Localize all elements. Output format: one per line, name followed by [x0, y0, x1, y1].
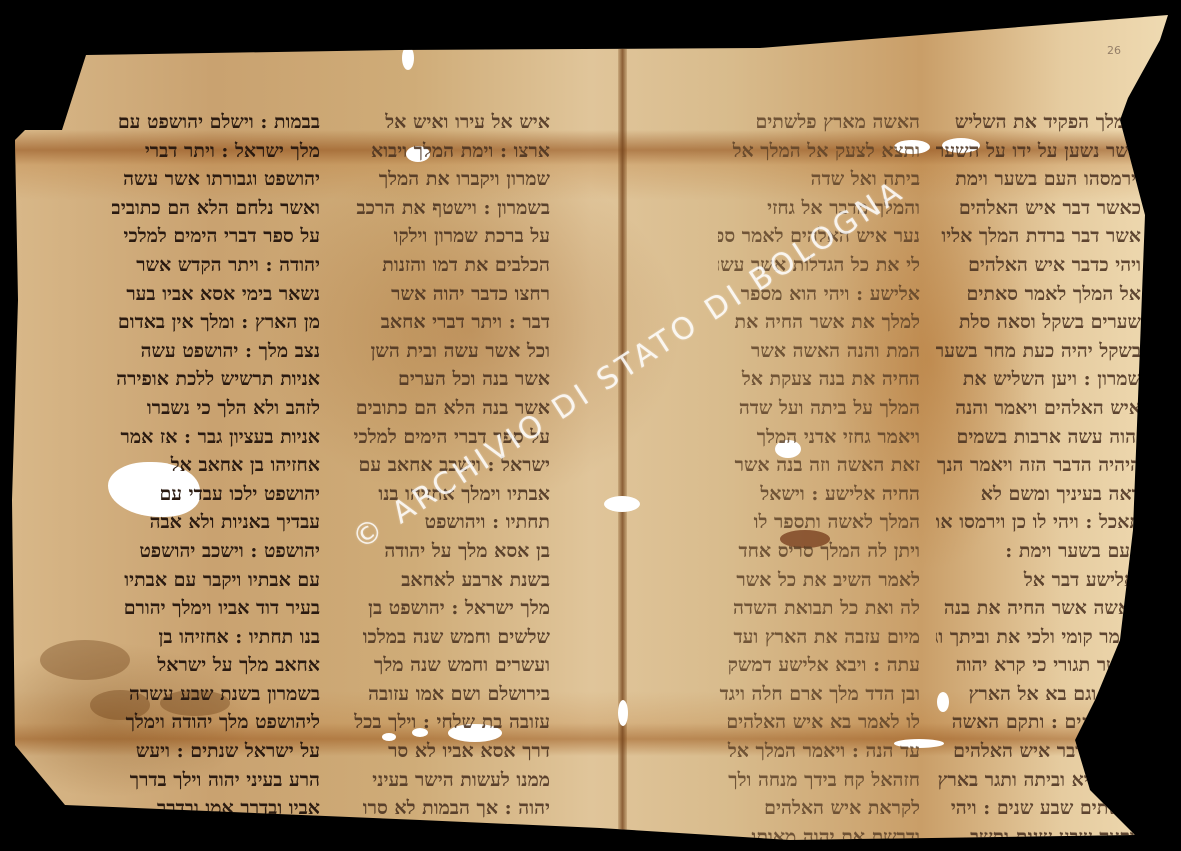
text-line: יהושפט וגבורתו אשר עשה: [112, 165, 320, 194]
text-line: יהודה : ויתר הקדש אשר: [112, 251, 320, 280]
text-line: מקצה שבע שנים ותשב: [936, 823, 1141, 851]
text-line: יהוה עשה ארבות בשמים: [936, 423, 1141, 452]
text-line: אשר דבר ברדת המלך אליו: [936, 222, 1141, 251]
text-line: המלך לאשה ותספר לו: [718, 508, 920, 537]
text-line: ויתן לה המלך סריס אחד: [718, 537, 920, 566]
text-line: וכל אשר עשה ובית השן: [348, 337, 550, 366]
text-line: שלשים וחמש שנה במלכו: [348, 623, 550, 652]
text-line: האשה מארץ פלשתים: [718, 108, 920, 137]
text-line: עד הנה : ויאמר המלך אל: [718, 737, 920, 766]
text-line: יהוה : אך הבמות לא סרו: [348, 794, 550, 823]
text-line: אשר נשען על ידו על השער: [936, 137, 1141, 166]
parchment-hole: [402, 46, 414, 70]
text-line: באשר תגורי כי קרא יהוה: [936, 651, 1141, 680]
text-line: לרעב וגם בא אל הארץ: [936, 680, 1141, 709]
text-line: דרך אסא אביו לא סר: [348, 737, 550, 766]
text-line: עתה : ויבא אלישע דמשק: [718, 651, 920, 680]
text-line: נצב מלך : יהושפט עשה: [112, 337, 320, 366]
text-line: ירבעם בן נבט אשר החטיא: [112, 823, 320, 851]
text-line: בבמות : וישלם יהושפט עם: [112, 108, 320, 137]
image-canvas: בבמות : וישלם יהושפט עם מלך ישראל : ויתר…: [0, 0, 1181, 851]
text-line: ובן הדד מלך ארם חלה ויגד: [718, 680, 920, 709]
text-line: ועשרים וחמש שנה מלך: [348, 651, 550, 680]
text-line: זאת האשה וזה בנה אשר: [718, 451, 920, 480]
parchment-hole: [604, 496, 640, 512]
text-line: בעיר דוד אביו וימלך יהורם: [112, 594, 320, 623]
parchment-hole: [618, 700, 628, 726]
text-line: הכלבים את דמו והזנות: [348, 251, 550, 280]
text-line: אביו ובדרך אמו ובדרך: [112, 794, 320, 823]
text-line: על ברכת שמרון וילקו: [348, 222, 550, 251]
text-line: תאכל : ויהי לו כן וירמסו אתו: [936, 508, 1141, 537]
text-line: המת והנה האשה אשר: [718, 337, 920, 366]
text-line: איש אל עירו ואיש אל: [348, 108, 550, 137]
text-line: אניות בעציון גבר : אז אמר: [112, 423, 320, 452]
text-line: אשר בנה וכל הערים: [348, 365, 550, 394]
text-line: כאשר דבר איש האלהים: [936, 194, 1141, 223]
text-line: חזהאל קח בידך מנחה ולך: [718, 766, 920, 795]
text-line: ויהי כדבר איש האלהים: [936, 251, 1141, 280]
text-line: לזהב ולא הלך כי נשברו: [112, 394, 320, 423]
text-line: איש האלהים ויאמר והנה: [936, 394, 1141, 423]
text-line: החיה את בנה צעקת אל: [718, 365, 920, 394]
text-line: מלך ישראל : יהושפט בן: [348, 594, 550, 623]
text-line: לאמר קומי ולכי את וביתך וגורי: [936, 623, 1141, 652]
text-line: שמרון : ויען השליש את: [936, 365, 1141, 394]
folio-number: 26: [1107, 44, 1121, 57]
text-line: הרע בעיני יהוה וילך בדרך: [112, 766, 320, 795]
text-line: לה ואת כל תבואת השדה: [718, 594, 920, 623]
text-line: ודרשת את יהוה מאותו: [718, 823, 920, 851]
margin-note: לצאת: [1140, 506, 1160, 515]
text-line: מן הארץ : ומלך אין באדום: [112, 308, 320, 337]
text-line: ותלך היא וביתה ותגר בארץ: [936, 766, 1141, 795]
text-line: פלשתים שבע שנים : ויהי: [936, 794, 1141, 823]
text-line: רחצו כדבר יהוה אשר: [348, 280, 550, 309]
text-line: עם אבתיו ויקבר עם אבתיו: [112, 566, 320, 595]
text-line: שבע שנים : ותקם האשה: [936, 708, 1141, 737]
text-line: בשמרון : וישטף את הרכב: [348, 194, 550, 223]
text-line: אניות תרשיש ללכת אופירה: [112, 365, 320, 394]
text-line: ואלישע דבר אל: [936, 566, 1141, 595]
text-line: בשמרון בשנת שבע עשרה: [112, 680, 320, 709]
text-line: לו לאמר בא איש האלהים: [718, 708, 920, 737]
text-line: בשנת ארבע לאחאב: [348, 566, 550, 595]
text-line: יהושפט : וישכב יהושפט: [112, 537, 320, 566]
text-line: עוד העם מזבחים ומקטרים: [348, 823, 550, 851]
text-line: בירושלם ושם אמו עזובה: [348, 680, 550, 709]
text-line: שמרון ויקברו את המלך: [348, 165, 550, 194]
text-line: יהושפט ילכו עבדי עם: [112, 480, 320, 509]
text-line: ותעש כדבר איש האלהים: [936, 737, 1141, 766]
text-column-1: בבמות : וישלם יהושפט עם מלך ישראל : ויתר…: [112, 108, 320, 851]
text-line: בשקל יהיה כעת מחר בשער: [936, 337, 1141, 366]
text-line: החיה אלישע : וישאל: [718, 480, 920, 509]
text-line: האשה אשר החיה את בנה: [936, 594, 1141, 623]
text-line: אחאב מלך על ישראל: [112, 651, 320, 680]
text-line: בנו תחתיו : אחזיהו בן: [112, 623, 320, 652]
text-line: מלך ישראל : ויתר דברי: [112, 137, 320, 166]
text-line: על ישראל שנתים : ויעש: [112, 737, 320, 766]
text-line: נשאר בימי אסא אביו בער: [112, 280, 320, 309]
text-line: היהיה הדבר הזה ויאמר הנך: [936, 451, 1141, 480]
text-line: וירמסהו העם בשער וימת: [936, 165, 1141, 194]
text-line: ארצו : וימת המלך ויבוא: [348, 137, 550, 166]
text-line: דבר : ויתר דברי אחאב: [348, 308, 550, 337]
text-line: המלך על ביתה ועל שדה: [718, 394, 920, 423]
parchment-bifolium: בבמות : וישלם יהושפט עם מלך ישראל : ויתר…: [0, 0, 1181, 851]
text-line: ליהושפט מלך יהודה וימלך: [112, 708, 320, 737]
text-line: על ספר דברי הימים למלכי: [112, 222, 320, 251]
text-line: אל המלך לאמר סאתים: [936, 280, 1141, 309]
text-line: העם בשער וימת :: [936, 537, 1141, 566]
text-line: עזובה בת שלחי : וילך בכל: [348, 708, 550, 737]
text-line: והמלך הפקיד את השליש: [936, 108, 1141, 137]
text-line: אחזיהו בן אחאב אל: [112, 451, 320, 480]
text-line: שערים בשקל וסאה סלת: [936, 308, 1141, 337]
text-line: לקראת איש האלהים: [718, 794, 920, 823]
text-line: למלך את אשר החיה את: [718, 308, 920, 337]
text-line: ראה בעיניך ומשם לא: [936, 480, 1141, 509]
margin-note: הכול: [1150, 468, 1166, 477]
text-line: עבדיך באניות ולא אבה: [112, 508, 320, 537]
text-line: מיום עזבה את הארץ ועד: [718, 623, 920, 652]
text-line: ואשר נלחם הלא הם כתובים: [112, 194, 320, 223]
text-line: ממנו לעשות הישר בעיני: [348, 766, 550, 795]
text-line: ויאמר גחזי אדני המלך: [718, 423, 920, 452]
text-line: לאמר השיב את כל אשר: [718, 566, 920, 595]
text-line: ותצא לצעק אל המלך אל: [718, 137, 920, 166]
text-column-4: והמלך הפקיד את השליש אשר נשען על ידו על …: [936, 108, 1141, 851]
